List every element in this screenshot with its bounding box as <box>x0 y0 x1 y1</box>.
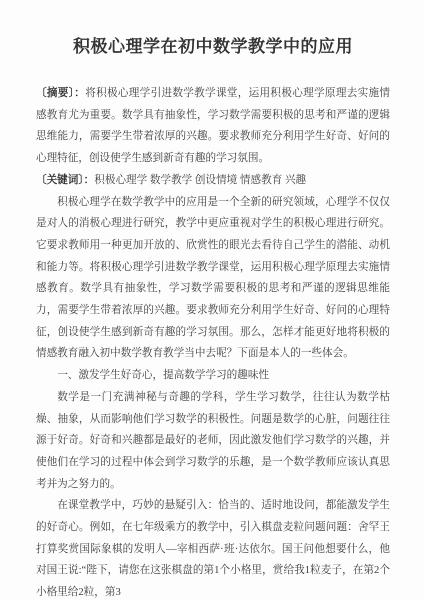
section-heading: 一、激发学生好奇心，提高数学学习的趣味性 <box>36 365 390 387</box>
abstract-label: 〔摘要〕： <box>36 88 85 99</box>
paragraph: 积极心理学在数学教学中的应用是一个全新的研究领域，心理学不仅仅是对人的消极心理进… <box>36 192 390 366</box>
abstract-text: 将积极心理学引进数学教学课堂，运用积极心理学原理去实施情感教育尤为重要。数学具有… <box>36 88 390 164</box>
keywords-label: 〔关键词〕： <box>36 175 94 186</box>
paragraph: 数学是一门充满神秘与奇趣的学科，学生学习数学，往往认为数学枯燥、抽象，从而影响他… <box>36 387 390 496</box>
keywords-text: 积极心理学 数学教学 创设情境 情感教育 兴趣 <box>94 175 306 186</box>
document-body: 〔摘要〕：将积极心理学引进数学教学课堂，运用积极心理学原理去实施情感教育尤为重要… <box>36 83 390 600</box>
document-page: 积极心理学在初中数学教学中的应用 〔摘要〕：将积极心理学引进数学教学课堂，运用积… <box>0 0 424 600</box>
keywords-paragraph: 〔关键词〕：积极心理学 数学教学 创设情境 情感教育 兴趣 <box>36 170 390 192</box>
page-title: 积极心理学在初中数学教学中的应用 <box>36 32 390 57</box>
abstract-paragraph: 〔摘要〕：将积极心理学引进数学教学课堂，运用积极心理学原理去实施情感教育尤为重要… <box>36 83 390 170</box>
paragraph: 在课堂教学中，巧妙的悬疑引入：恰当的、适时地设问，都能激发学生的好奇心。例如，在… <box>36 495 390 600</box>
